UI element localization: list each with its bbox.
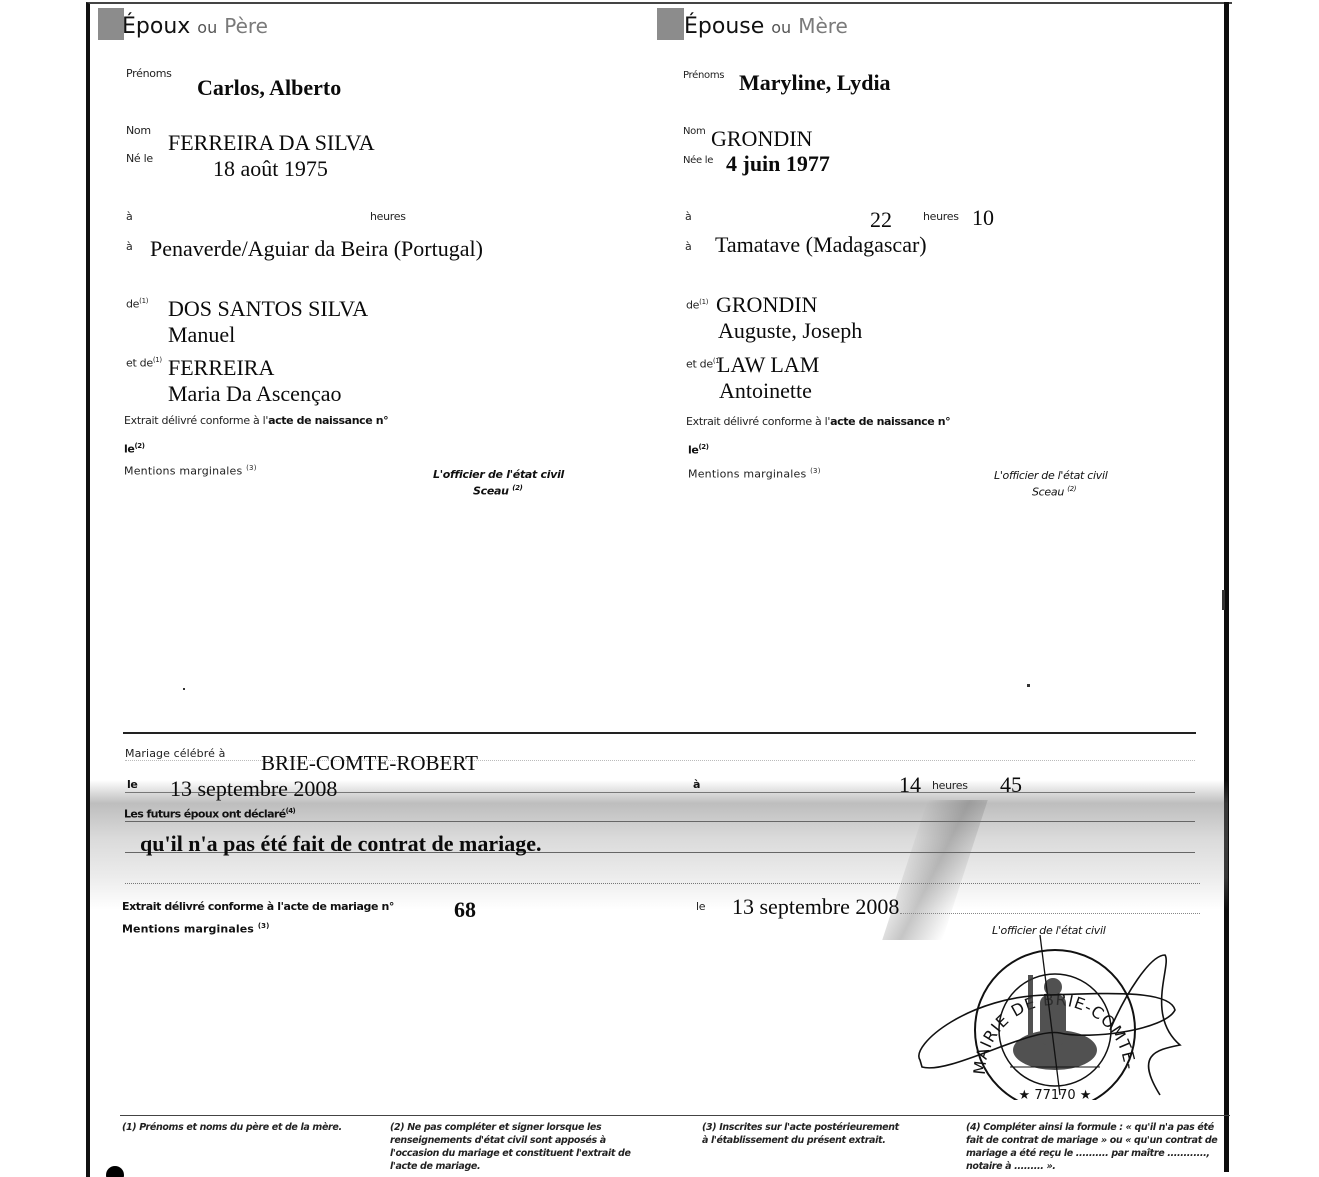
value-prenoms-epoux: Carlos, Alberto — [197, 75, 341, 101]
value-prenoms-epouse: Maryline, Lydia — [739, 70, 891, 96]
value-lieu-naissance-epoux: Penaverde/Aguiar da Beira (Portugal) — [150, 236, 483, 262]
label-de: de(1) — [686, 298, 708, 312]
value-numero-acte-mariage: 68 — [454, 897, 476, 923]
value-mere-nom-epoux: FERREIRA — [168, 355, 274, 381]
label-sceau: Sceau (2) — [1032, 485, 1076, 499]
label-le: le(2) — [124, 442, 145, 456]
footnote-2: (2) Ne pas compléter et signer lorsque l… — [390, 1121, 652, 1173]
footnote-divider — [120, 1115, 1230, 1116]
page-edge-shadow — [1224, 2, 1229, 1172]
title-marker-block — [98, 8, 124, 40]
label-extrait-mariage: Extrait délivré conforme à l'acte de mar… — [122, 900, 394, 913]
label-nom: Nom — [683, 126, 705, 137]
label-de: de(1) — [126, 297, 148, 311]
footnote-3: (3) Inscrites sur l'acte postérieurement… — [702, 1121, 907, 1147]
label-officier: L'officier de l'état civil — [433, 468, 564, 481]
speck — [183, 688, 185, 690]
footnote-1: (1) Prénoms et noms du père et de la mèr… — [122, 1121, 372, 1134]
label-nee-le: Née le — [683, 155, 713, 166]
value-pere-nom-epouse: GRONDIN — [716, 292, 817, 318]
value-minutes-epouse: 10 — [972, 205, 994, 231]
label-prenoms: Prénoms — [126, 67, 172, 80]
value-date-naissance-epouse: 4 juin 1977 — [726, 151, 830, 177]
section-divider — [123, 732, 1196, 734]
label-et-de: et de(1) — [126, 356, 162, 370]
official-seal-stamp: MAIRIE DE BRIE-COMTE-ROBERT ★ 77170 ★ — [910, 935, 1200, 1100]
value-nom-epoux: FERREIRA DA SILVA — [168, 130, 375, 156]
value-mere-prenoms-epouse: Antoinette — [719, 378, 812, 404]
label-heures: heures — [923, 210, 959, 223]
label-a-place: à — [126, 240, 132, 253]
form-line — [125, 883, 1200, 884]
footnote-4: (4) Compléter ainsi la formule : « qu'il… — [966, 1121, 1224, 1173]
section-title-epouse: Épouse ou Mère — [684, 14, 848, 39]
value-lieu-naissance-epouse: Tamatave (Madagascar) — [715, 232, 927, 258]
label-mentions-marginales: Mentions marginales (3) — [124, 464, 257, 478]
label-a: à — [693, 778, 700, 791]
value-pere-prenoms-epouse: Auguste, Joseph — [718, 318, 862, 344]
value-mere-nom-epouse: LAW LAM — [717, 352, 819, 378]
value-date-extrait: 13 septembre 2008 — [732, 894, 899, 920]
title-marker-block — [657, 8, 684, 40]
edge-mark — [1222, 590, 1225, 610]
label-mariage-celebre-a: Mariage célébré à — [125, 747, 225, 760]
label-declaration: Les futurs époux ont déclaré(4) — [124, 807, 295, 821]
label-le-extrait: le — [696, 900, 705, 913]
label-officier: L'officier de l'état civil — [994, 469, 1107, 482]
label-extrait-naissance: Extrait délivré conforme à l'acte de nai… — [124, 414, 388, 427]
svg-text:★ 77170 ★: ★ 77170 ★ — [1019, 1088, 1092, 1100]
label-le: le(2) — [688, 443, 709, 457]
label-heures: heures — [932, 779, 968, 792]
label-a-place: à — [685, 240, 691, 253]
label-sceau: Sceau (2) — [473, 484, 523, 498]
label-nom: Nom — [126, 124, 151, 137]
value-minutes-mariage: 45 — [1000, 772, 1022, 798]
label-mentions-marginales: Mentions marginales (3) — [688, 467, 821, 481]
punch-hole — [106, 1166, 124, 1177]
value-date-mariage: 13 septembre 2008 — [170, 776, 337, 802]
section-title-epoux: Époux ou Père — [122, 14, 268, 39]
form-line — [125, 821, 1195, 822]
value-lieu-mariage: BRIE-COMTE-ROBERT — [261, 751, 478, 776]
value-nom-epouse: GRONDIN — [711, 126, 812, 152]
speck — [1027, 684, 1030, 687]
label-a-time: à — [685, 210, 691, 223]
label-a-time: à — [126, 210, 132, 223]
value-heure-epouse: 22 — [870, 207, 892, 233]
value-pere-nom-epoux: DOS SANTOS SILVA — [168, 296, 368, 322]
value-heure-mariage: 14 — [899, 772, 921, 798]
value-pere-prenoms-epoux: Manuel — [168, 322, 235, 348]
label-ne-le: Né le — [126, 152, 153, 165]
label-extrait-naissance: Extrait délivré conforme à l'acte de nai… — [686, 415, 950, 428]
form-line — [900, 913, 1200, 914]
label-mentions-marginales: Mentions marginales (3) — [122, 922, 269, 936]
value-date-naissance-epoux: 18 août 1975 — [213, 156, 328, 182]
value-mere-prenoms-epoux: Maria Da Ascençao — [168, 381, 341, 407]
label-prenoms: Prénoms — [683, 70, 724, 81]
value-declaration: qu'il n'a pas été fait de contrat de mar… — [140, 831, 541, 857]
label-le: le — [127, 778, 137, 791]
label-heures: heures — [370, 210, 406, 223]
